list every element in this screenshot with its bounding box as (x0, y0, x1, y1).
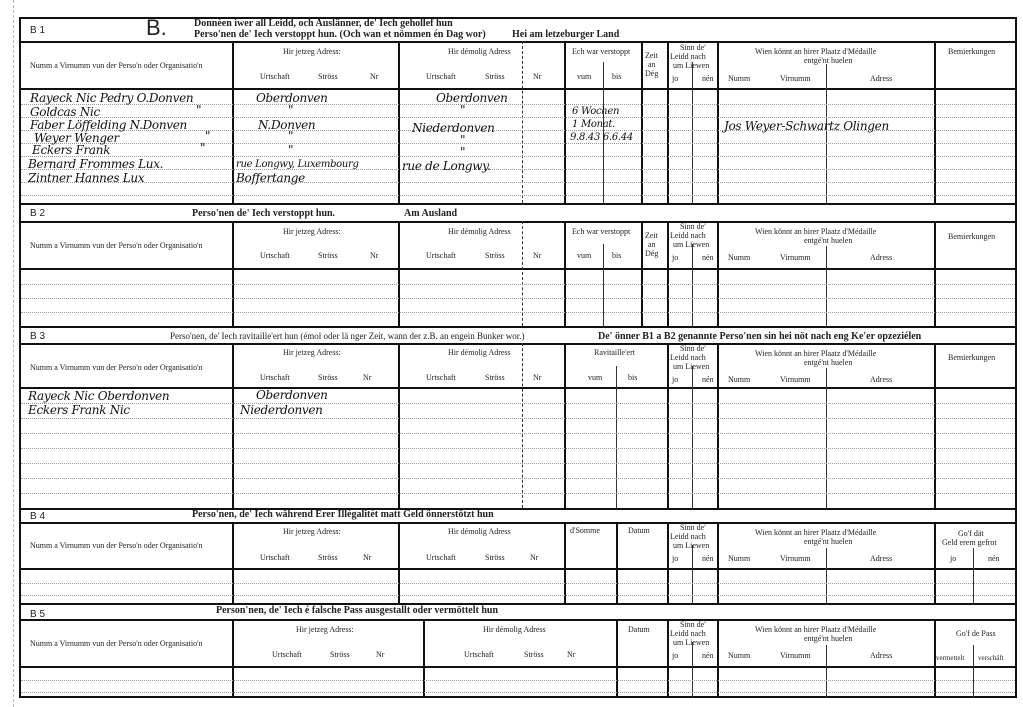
header-current-address: Hir jetzeg Adress: (283, 228, 341, 236)
header-adress: Adress (870, 254, 892, 262)
b3-row-current-place: Oberdonven (256, 389, 328, 401)
header-stross: Ströss (524, 651, 544, 659)
header-nr: Nr (567, 651, 575, 659)
b1-row-former-place: Oberdonven (436, 92, 508, 104)
header-vum: vum (577, 252, 591, 260)
header-virnumm: Virnumm (780, 376, 811, 384)
header-um-liewen: um Liewen (673, 241, 709, 249)
header-urschaft: Urtschaft (426, 554, 456, 562)
b1-row-current-place: rue Longwy, Luxembourg (236, 160, 359, 170)
header-nr: Nr (533, 73, 541, 81)
b1-row-former-place: " (460, 146, 465, 158)
section-title-right: De' önner B1 a B2 genannte Perso'nen sin… (598, 332, 921, 342)
header-nr: Nr (376, 651, 384, 659)
header-medal-2: entgé'nt huelen (804, 359, 852, 367)
section-code: B 4 (30, 512, 45, 522)
header-verschaft: verschäft (978, 655, 1004, 662)
b3-row-name: Rayeck Nic Oberdonven (28, 390, 169, 402)
header-bemierkungen: Bemierkungen (948, 233, 995, 241)
header-stross: Ströss (485, 73, 505, 81)
header-virnumm: Virnumm (780, 652, 811, 660)
header-an: an (648, 61, 656, 69)
header-numm: Numm (728, 652, 750, 660)
form-title-line1: Donnéen iwer all Leidd, och Auslänner, d… (194, 19, 453, 29)
header-jo: jo (672, 254, 678, 262)
b1-row-name: Zintner Hannes Lux (28, 172, 144, 184)
header-former-address: Hir démolig Adress (448, 228, 511, 236)
header-nen: nén (702, 376, 714, 384)
header-former-address: Hir démolig Adress (483, 626, 546, 634)
b1-row-current-place: Boffertange (236, 172, 305, 184)
header-leidd-nach: Leidd nach (670, 630, 706, 638)
header-numm: Numm (728, 254, 750, 262)
b1-row-name: Eckers Frank (32, 144, 110, 156)
header-somme: d'Somme (570, 527, 600, 535)
header-nen: nén (702, 652, 714, 660)
header-datum: Datum (628, 626, 650, 634)
b1-row-medal-name: Jos Weyer-Schwartz Olingen (724, 120, 889, 132)
header-sinn-de: Sinn de' (680, 524, 706, 532)
b1-row-name: Goldcas Nic (30, 106, 100, 118)
header-um-liewen: um Liewen (673, 363, 709, 371)
header-medal-1: Wien könnt an hirer Plaatz d'Médaille (755, 350, 876, 358)
header-sinn-de: Sinn de' (680, 44, 706, 52)
header-virnumm: Virnumm (780, 555, 811, 563)
header-nen: nén (988, 555, 1000, 563)
header-bemierkungen: Bemierkungen (948, 354, 995, 362)
b1-row-name: Bernard Frommes Lux. (28, 158, 163, 170)
header-period: Ravitaille'ert (594, 349, 635, 357)
header-leidd-nach: Leidd nach (670, 354, 706, 362)
header-medal-2: entgé'nt huelen (804, 237, 852, 245)
header-zeit: Zeit (645, 232, 658, 240)
header-adress: Adress (870, 555, 892, 563)
header-nen: nén (702, 75, 714, 83)
section-title: Perso'nen de' Iech verstoppt hun. (192, 209, 335, 219)
header-nr: Nr (363, 554, 371, 562)
header-deg: Dég (645, 250, 658, 258)
header-urschaft: Urtschaft (426, 252, 456, 260)
header-leidd-nach: Leidd nach (670, 533, 706, 541)
header-current-address: Hir jetzeg Adress: (283, 48, 341, 56)
header-sinn-de: Sinn de' (680, 223, 706, 231)
header-nr: Nr (533, 374, 541, 382)
section-code: B 1 (30, 26, 45, 36)
header-current-address: Hir jetzeg Adress: (296, 626, 354, 634)
section-letter: B. (146, 17, 167, 39)
header-bemierkungen: Bemierkungen (948, 48, 995, 56)
header-vum: vum (577, 73, 591, 81)
b1-row-name: Faber Löffelding N.Donven (30, 119, 187, 131)
b1-row-period: 1 Monat. (572, 120, 615, 130)
header-datum: Datum (628, 527, 650, 535)
header-name-col: Numm a Virnumm vun der Perso'n oder Orga… (30, 242, 203, 250)
header-stross: Ströss (318, 374, 338, 382)
section-title: Perso'nen, de' Iech ravitaille'ert hun (… (170, 332, 525, 341)
header-jo: jo (672, 376, 678, 384)
header-numm: Numm (728, 75, 750, 83)
header-medal-2: entgé'nt huelen (804, 57, 852, 65)
header-numm: Numm (728, 555, 750, 563)
header-jo: jo (672, 75, 678, 83)
header-um-liewen: um Liewen (673, 542, 709, 550)
header-virnumm: Virnumm (780, 75, 811, 83)
section-title: Perso'nen, de' Iech während Erer Illégal… (192, 510, 494, 520)
form-title-line2: Perso'nen de' Iech verstoppt hun. (Och w… (194, 30, 486, 40)
header-jo: jo (950, 555, 956, 563)
page-margin-fold (13, 0, 14, 707)
b3-row-name: Eckers Frank Nic (28, 404, 130, 416)
header-stross: Ströss (318, 554, 338, 562)
header-former-address: Hir démolig Adress (448, 349, 511, 357)
b1-row-former-place: rue de Longwy. (402, 160, 491, 172)
header-gof-1: Go'f dät (958, 530, 984, 538)
b1-row-name-ditto: " (196, 104, 201, 116)
header-leidd-nach: Leidd nach (670, 232, 706, 240)
header-current-address: Hir jetzeg Adress: (283, 349, 341, 357)
header-urschaft: Urtschaft (260, 73, 290, 81)
header-period: Ech war verstoppt (572, 48, 630, 56)
header-jo: jo (672, 555, 678, 563)
header-former-address: Hir démolig Adress (448, 48, 511, 56)
header-um-liewen: um Liewen (673, 62, 709, 70)
form-title-line2-right: Hei am letzeburger Land (512, 30, 619, 40)
header-medal-2: entgé'nt huelen (804, 635, 852, 643)
header-urschaft: Urtschaft (260, 554, 290, 562)
b1-row-current-place: " (288, 130, 293, 142)
b1-row-current-place: " (288, 144, 293, 156)
header-urschaft: Urtschaft (272, 651, 302, 659)
b1-row-period: 6 Wochen (572, 107, 619, 117)
header-virnumm: Virnumm (780, 254, 811, 262)
header-nr: Nr (530, 554, 538, 562)
header-bis: bis (628, 374, 637, 382)
header-bis: bis (612, 73, 621, 81)
header-zeit: Zeit (645, 52, 658, 60)
header-name-col: Numm a Virnumm vun der Perso'n oder Orga… (30, 62, 203, 70)
section-title-right: Am Ausland (404, 209, 457, 219)
header-stross: Ströss (318, 252, 338, 260)
header-stross: Ströss (485, 554, 505, 562)
header-gof-pass: Go'f de Pass (956, 630, 996, 638)
header-sinn-de: Sinn de' (680, 345, 706, 353)
header-urschaft: Urtschaft (426, 374, 456, 382)
b1-row-name: Rayeck Nic Pedry O.Donven (30, 92, 193, 104)
header-deg: Dég (645, 70, 658, 78)
b1-row-period: 9.8.43 6.6.44 (570, 133, 633, 143)
header-vum: vum (588, 374, 602, 382)
header-nr: Nr (370, 252, 378, 260)
header-name-col: Numm a Virnumm vun der Perso'n oder Orga… (30, 364, 203, 372)
header-jo: jo (672, 652, 678, 660)
header-medal-1: Wien könnt an hirer Plaatz d'Médaille (755, 529, 876, 537)
header-nr: Nr (363, 374, 371, 382)
header-stross: Ströss (330, 651, 350, 659)
section-code: B 3 (30, 332, 45, 342)
header-nen: nén (702, 254, 714, 262)
header-an: an (648, 241, 656, 249)
header-adress: Adress (870, 75, 892, 83)
header-nr: Nr (533, 252, 541, 260)
header-um-liewen: um Liewen (673, 639, 709, 647)
header-medal-1: Wien könnt an hirer Plaatz d'Médaille (755, 228, 876, 236)
b1-row-current-place: N.Donven (258, 119, 315, 131)
header-nen: nén (702, 555, 714, 563)
header-stross: Ströss (318, 73, 338, 81)
header-urschaft: Urtschaft (260, 374, 290, 382)
section-code: B 2 (30, 209, 45, 219)
header-leidd-nach: Leidd nach (670, 53, 706, 61)
header-medal-2: entgé'nt huelen (804, 538, 852, 546)
b3-row-current-place: Niederdonven (240, 404, 323, 416)
header-medal-1: Wien könnt an hirer Plaatz d'Médaille (755, 48, 876, 56)
header-bis: bis (612, 252, 621, 260)
header-urschaft: Urtschaft (426, 73, 456, 81)
b1-row-name-ditto: " (200, 142, 205, 154)
header-adress: Adress (870, 376, 892, 384)
header-sinn-de: Sinn de' (680, 621, 706, 629)
header-urschaft: Urtschaft (260, 252, 290, 260)
header-gof-2: Geld erem gefrot (942, 539, 997, 547)
header-stross: Ströss (485, 374, 505, 382)
header-stross: Ströss (485, 252, 505, 260)
header-former-address: Hir démolig Adress (448, 528, 511, 536)
header-urschaft: Urtschaft (464, 651, 494, 659)
b1-row-former-place: Niederdonven (412, 122, 495, 134)
b1-row-former-place: " (460, 104, 465, 116)
header-name-col: Numm a Virnumm vun der Perso'n oder Orga… (30, 542, 203, 550)
header-vermettelt: vermettelt (936, 655, 964, 662)
header-medal-1: Wien könnt an hirer Plaatz d'Médaille (755, 626, 876, 634)
header-adress: Adress (870, 652, 892, 660)
header-numm: Numm (728, 376, 750, 384)
b1-row-current-place: " (288, 104, 293, 116)
header-current-address: Hir jetzeg Adress: (283, 528, 341, 536)
header-nr: Nr (370, 73, 378, 81)
header-name-col: Numm a Virnumm vun der Perso'n oder Orga… (30, 640, 203, 648)
section-title: Person'nen, de' Iech é falsche Pass ausg… (216, 606, 498, 616)
header-period: Ech war verstoppt (572, 228, 630, 236)
b1-row-name-ditto: " (205, 130, 210, 142)
